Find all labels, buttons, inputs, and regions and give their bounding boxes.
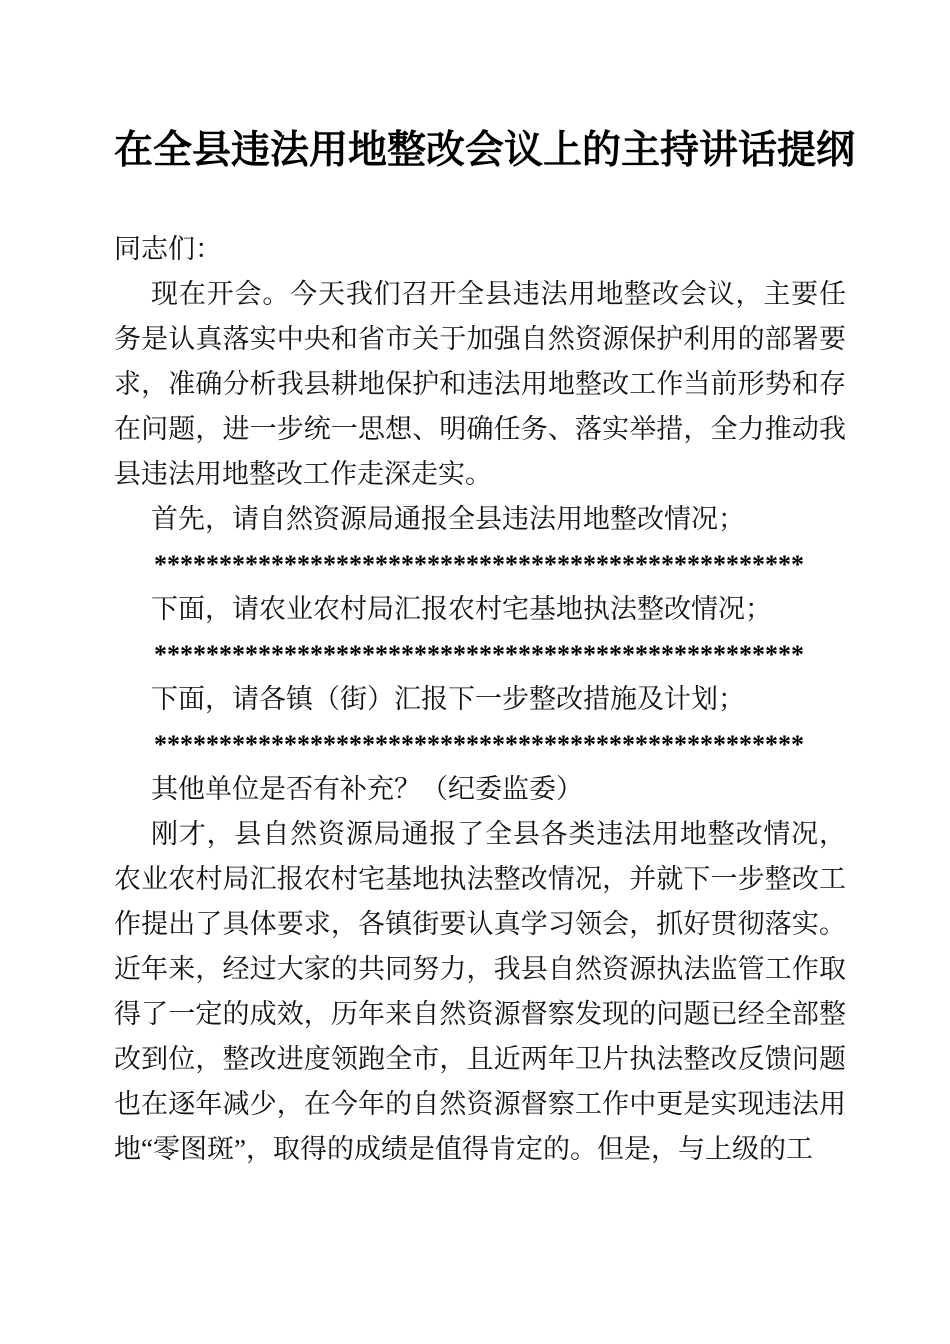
agenda-item-2: 下面，请农业农村局汇报农村宅基地执法整改情况； (114, 587, 846, 632)
document-page: 在全县违法用地整改会议上的主持讲话提纲 同志们： 现在开会。今天我们召开全县违法… (0, 0, 950, 1344)
document-body: 同志们： 现在开会。今天我们召开全县违法用地整改会议，主要任务是认真落实中央和省… (114, 227, 846, 1172)
separator-line-2: ****************************************… (114, 632, 846, 677)
supplement-question: 其他单位是否有补充？（纪委监委） (114, 767, 846, 812)
agenda-item-3: 下面，请各镇（街）汇报下一步整改措施及计划； (114, 677, 846, 722)
document-title: 在全县违法用地整改会议上的主持讲话提纲 (114, 120, 846, 182)
opening-paragraph: 现在开会。今天我们召开全县违法用地整改会议，主要任务是认真落实中央和省市关于加强… (114, 272, 846, 497)
separator-line-3: ****************************************… (114, 722, 846, 767)
summary-paragraph: 刚才，县自然资源局通报了全县各类违法用地整改情况，农业农村局汇报农村宅基地执法整… (114, 812, 846, 1172)
separator-line-1: ****************************************… (114, 542, 846, 587)
salutation: 同志们： (114, 227, 846, 272)
agenda-item-1: 首先，请自然资源局通报全县违法用地整改情况； (114, 497, 846, 542)
